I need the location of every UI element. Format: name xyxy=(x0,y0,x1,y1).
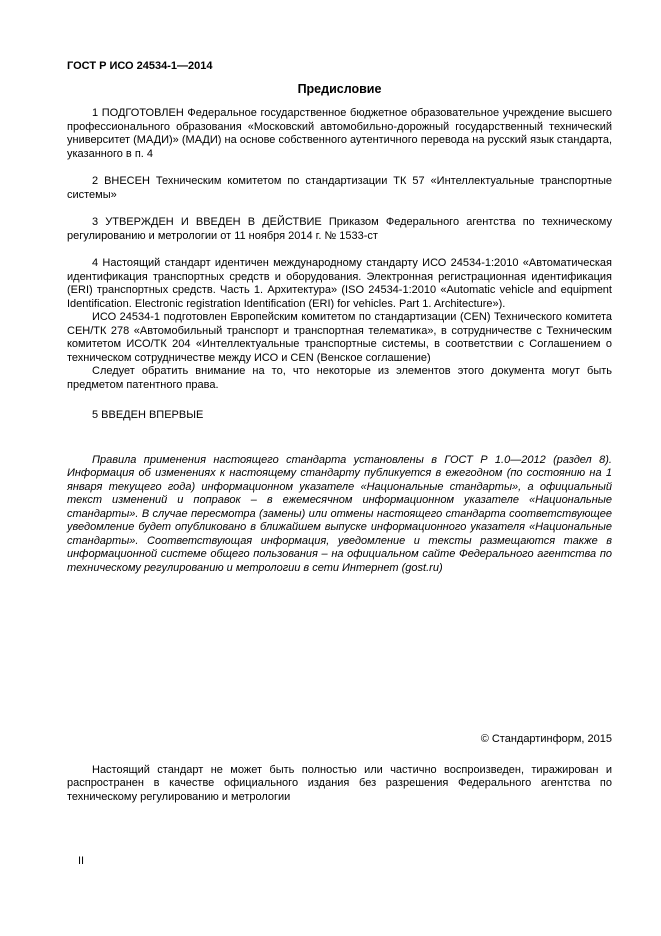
foreword-item-4: 4 Настоящий стандарт идентичен междунаро… xyxy=(67,257,612,311)
foreword-item-3: 3 УТВЕРЖДЕН И ВВЕДЕН В ДЕЙСТВИЕ Приказом… xyxy=(67,216,612,243)
foreword-item-4-cen-note: ИСО 24534-1 подготовлен Европейским коми… xyxy=(67,311,612,365)
page-number: II xyxy=(78,855,84,868)
copyright-notice: © Стандартинформ, 2015 xyxy=(67,733,612,747)
page-title: Предисловие xyxy=(67,82,612,97)
document-page: ГОСТ Р ИСО 24534-1—2014 Предисловие 1 ПО… xyxy=(0,0,661,936)
foreword-item-2: 2 ВНЕСЕН Техническим комитетом по станда… xyxy=(67,175,612,202)
foreword-item-1: 1 ПОДГОТОВЛЕН Федеральное государственно… xyxy=(67,107,612,161)
foreword-item-5: 5 ВВЕДЕН ВПЕРВЫЕ xyxy=(67,409,612,423)
reproduction-restriction-note: Настоящий стандарт не может быть полност… xyxy=(67,764,612,805)
foreword-item-4-patent-note: Следует обратить внимание на то, что нек… xyxy=(67,365,612,392)
application-rules-note: Правила применения настоящего стандарта … xyxy=(67,454,612,576)
standard-designation: ГОСТ Р ИСО 24534-1—2014 xyxy=(67,60,612,73)
